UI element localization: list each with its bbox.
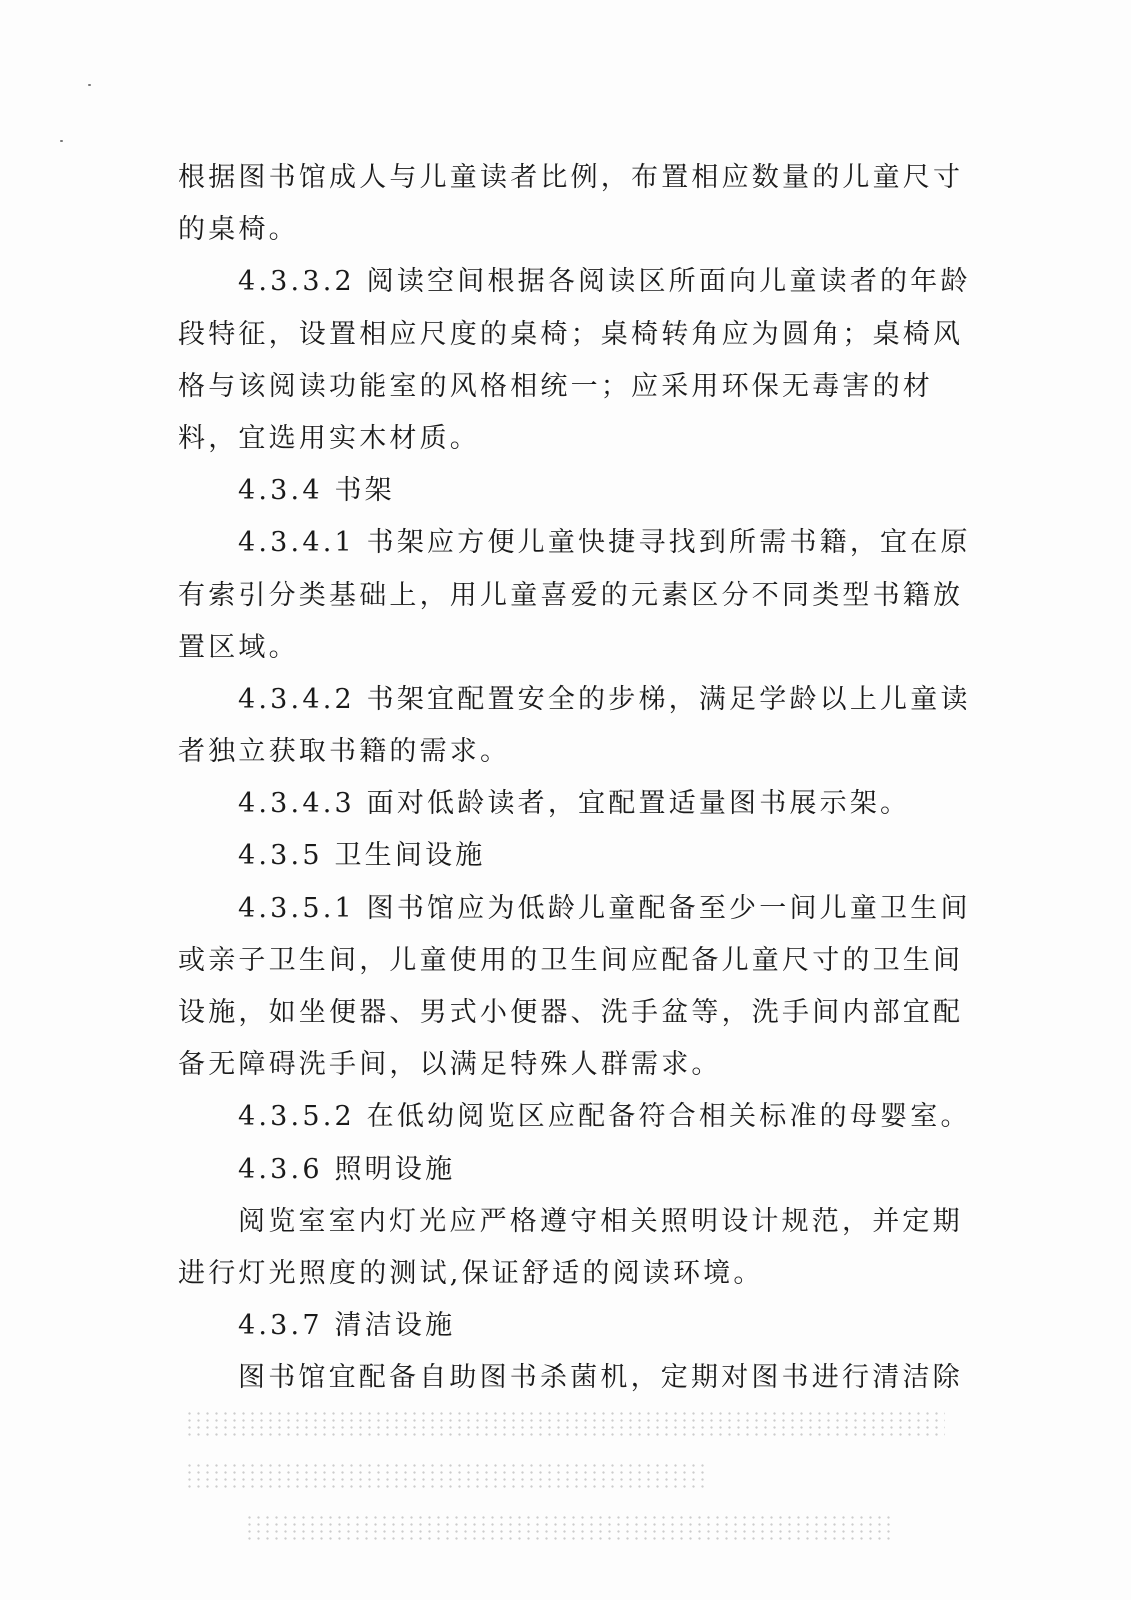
text-line: 段特征，设置相应尺度的桌椅；桌椅转角应为圆角；桌椅风 bbox=[178, 309, 953, 361]
text-line: 进行灯光照度的测试,保证舒适的阅读环境。 bbox=[178, 1248, 953, 1300]
document-body: 根据图书馆成人与儿童读者比例，布置相应数量的儿童尺寸 的桌椅。 4.3.3.2 … bbox=[178, 152, 953, 1405]
clause-4-3-5-2: 4.3.5.2 在低幼阅览区应配备符合相关标准的母婴室。 bbox=[178, 1091, 953, 1143]
text-line: 图书馆宜配备自助图书杀菌机，定期对图书进行清洁除 bbox=[178, 1352, 953, 1404]
heading-4-3-6: 4.3.6 照明设施 bbox=[178, 1144, 953, 1196]
text-line: 料，宜选用实木材质。 bbox=[178, 413, 953, 465]
faded-illegible-line bbox=[185, 1462, 705, 1488]
text-line: 格与该阅读功能室的风格相统一；应采用环保无毒害的材 bbox=[178, 361, 953, 413]
clause-4-3-4-3: 4.3.4.3 面对低龄读者，宜配置适量图书展示架。 bbox=[178, 778, 953, 830]
clause-4-3-5-1: 4.3.5.1 图书馆应为低龄儿童配备至少一间儿童卫生间 bbox=[178, 883, 953, 935]
scan-speck bbox=[60, 140, 63, 142]
text-line: 阅览室室内灯光应严格遵守相关照明设计规范，并定期 bbox=[178, 1196, 953, 1248]
text-line: 备无障碍洗手间，以满足特殊人群需求。 bbox=[178, 1039, 953, 1091]
heading-4-3-4: 4.3.4 书架 bbox=[178, 465, 953, 517]
clause-4-3-3-2: 4.3.3.2 阅读空间根据各阅读区所面向儿童读者的年龄 bbox=[178, 256, 953, 308]
clause-4-3-4-1: 4.3.4.1 书架应方便儿童快捷寻找到所需书籍，宜在原 bbox=[178, 517, 953, 569]
faded-illegible-line bbox=[245, 1514, 895, 1540]
text-line: 的桌椅。 bbox=[178, 204, 953, 256]
clause-4-3-4-2: 4.3.4.2 书架宜配置安全的步梯，满足学龄以上儿童读 bbox=[178, 674, 953, 726]
scanned-page: 根据图书馆成人与儿童读者比例，布置相应数量的儿童尺寸 的桌椅。 4.3.3.2 … bbox=[0, 0, 1131, 1600]
faded-illegible-line bbox=[185, 1410, 945, 1436]
text-line: 根据图书馆成人与儿童读者比例，布置相应数量的儿童尺寸 bbox=[178, 152, 953, 204]
heading-4-3-5: 4.3.5 卫生间设施 bbox=[178, 830, 953, 882]
text-line: 或亲子卫生间，儿童使用的卫生间应配备儿童尺寸的卫生间 bbox=[178, 935, 953, 987]
scan-speck bbox=[88, 84, 91, 86]
text-line: 设施，如坐便器、男式小便器、洗手盆等，洗手间内部宜配 bbox=[178, 987, 953, 1039]
text-line: 者独立获取书籍的需求。 bbox=[178, 726, 953, 778]
text-line: 置区域。 bbox=[178, 622, 953, 674]
text-line: 有索引分类基础上，用儿童喜爱的元素区分不同类型书籍放 bbox=[178, 570, 953, 622]
heading-4-3-7: 4.3.7 清洁设施 bbox=[178, 1300, 953, 1352]
